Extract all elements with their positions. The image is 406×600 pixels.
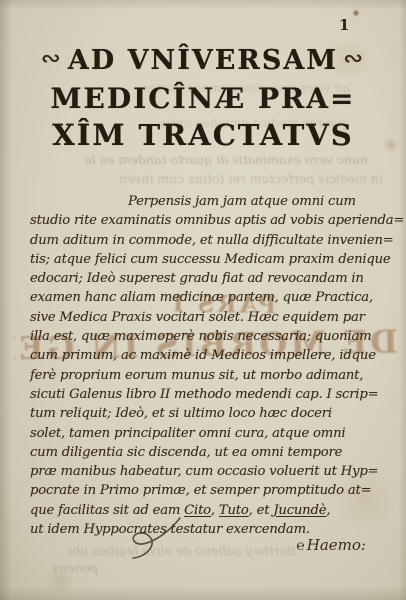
body-line: dum aditum in commode, et nulla difficul… bbox=[30, 231, 396, 250]
body-line: tis; atque felici cum successu Medicam p… bbox=[30, 250, 396, 269]
underlined-word: Cito bbox=[184, 503, 211, 518]
showthrough-line: in medicis perfectam rei totius cum inve… bbox=[18, 171, 383, 186]
body-line-segment: , et bbox=[249, 503, 274, 518]
body-text: Perpensis jam jam atque omni cum studio … bbox=[30, 192, 396, 539]
title-flourish-icon: ∾ bbox=[338, 44, 370, 72]
body-line-segment: , bbox=[326, 503, 330, 518]
page-number: 1 bbox=[339, 16, 349, 34]
page-edge-shadow bbox=[0, 586, 406, 600]
pen-flourish-icon bbox=[124, 514, 186, 562]
body-line: cum primum, ac maximè id Medicos impelle… bbox=[30, 346, 396, 365]
body-line: pocrate in Primo primæ, et semper prompt… bbox=[30, 481, 396, 500]
catchword-text: Haemo: bbox=[307, 536, 366, 554]
body-line: edocari; Ideò superest gradu fiat ad rev… bbox=[30, 269, 396, 288]
body-line: solet, tamen principaliter omni cura, at… bbox=[30, 424, 396, 443]
page-edge-shadow bbox=[398, 0, 406, 600]
title-block: ∾AD VNÎVERSAM∾ MEDICÎNÆ PRA= XÎM TRACTAT… bbox=[0, 42, 406, 154]
body-line: sive Medica Praxis vocitari solet. Hæc e… bbox=[30, 308, 396, 327]
body-line: Perpensis jam jam atque omni cum bbox=[30, 192, 396, 211]
body-line: ferè proprium eorum munus sit, ut morbo … bbox=[30, 366, 396, 385]
title-line-2: MEDICÎNÆ PRA= bbox=[0, 80, 406, 117]
title-text-1: AD VNÎVERSAM bbox=[68, 45, 338, 76]
title-flourish-icon: ∾ bbox=[36, 44, 68, 72]
body-line: præ manibus habeatur, cum occasio voluer… bbox=[30, 462, 396, 481]
body-line: examen hanc aliam medicinæ partem, quæ P… bbox=[30, 288, 396, 307]
body-line: cum diligentia sic discenda, ut ea omni … bbox=[30, 443, 396, 462]
body-line-segment: , bbox=[211, 503, 219, 518]
catchword-flourish-icon: ℮ bbox=[296, 538, 306, 554]
showthrough-line: nunc vero examinatis di quarto tandem ea… bbox=[38, 152, 368, 167]
body-line: sicuti Galenus libro II methodo medendi … bbox=[30, 385, 396, 404]
body-line: tum reliquit; Ideò, et si ultimo loco hæ… bbox=[30, 404, 396, 423]
catchword: ℮Haemo: bbox=[296, 536, 366, 555]
body-line: studio rite examinatis omnibus aptis ad … bbox=[30, 211, 396, 230]
body-line: illa est, quæ maximoperè nobis necessari… bbox=[30, 327, 396, 346]
underlined-word: Jucundè bbox=[273, 503, 326, 518]
page-edge-shadow bbox=[0, 0, 12, 600]
title-line-3: XÎM TRACTATVS bbox=[0, 117, 406, 154]
page-edge-shadow bbox=[0, 0, 406, 10]
showthrough-line: ponens bbox=[6, 560, 98, 575]
underlined-word: Tuto bbox=[219, 503, 249, 518]
title-line-1: ∾AD VNÎVERSAM∾ bbox=[0, 42, 406, 80]
manuscript-page: ad vires praecipue omnes partes que res … bbox=[0, 0, 406, 600]
body-line-underlined: que facilitas sit ad eam Cito, Tuto, et … bbox=[30, 501, 396, 520]
foxing-spot bbox=[352, 9, 360, 17]
